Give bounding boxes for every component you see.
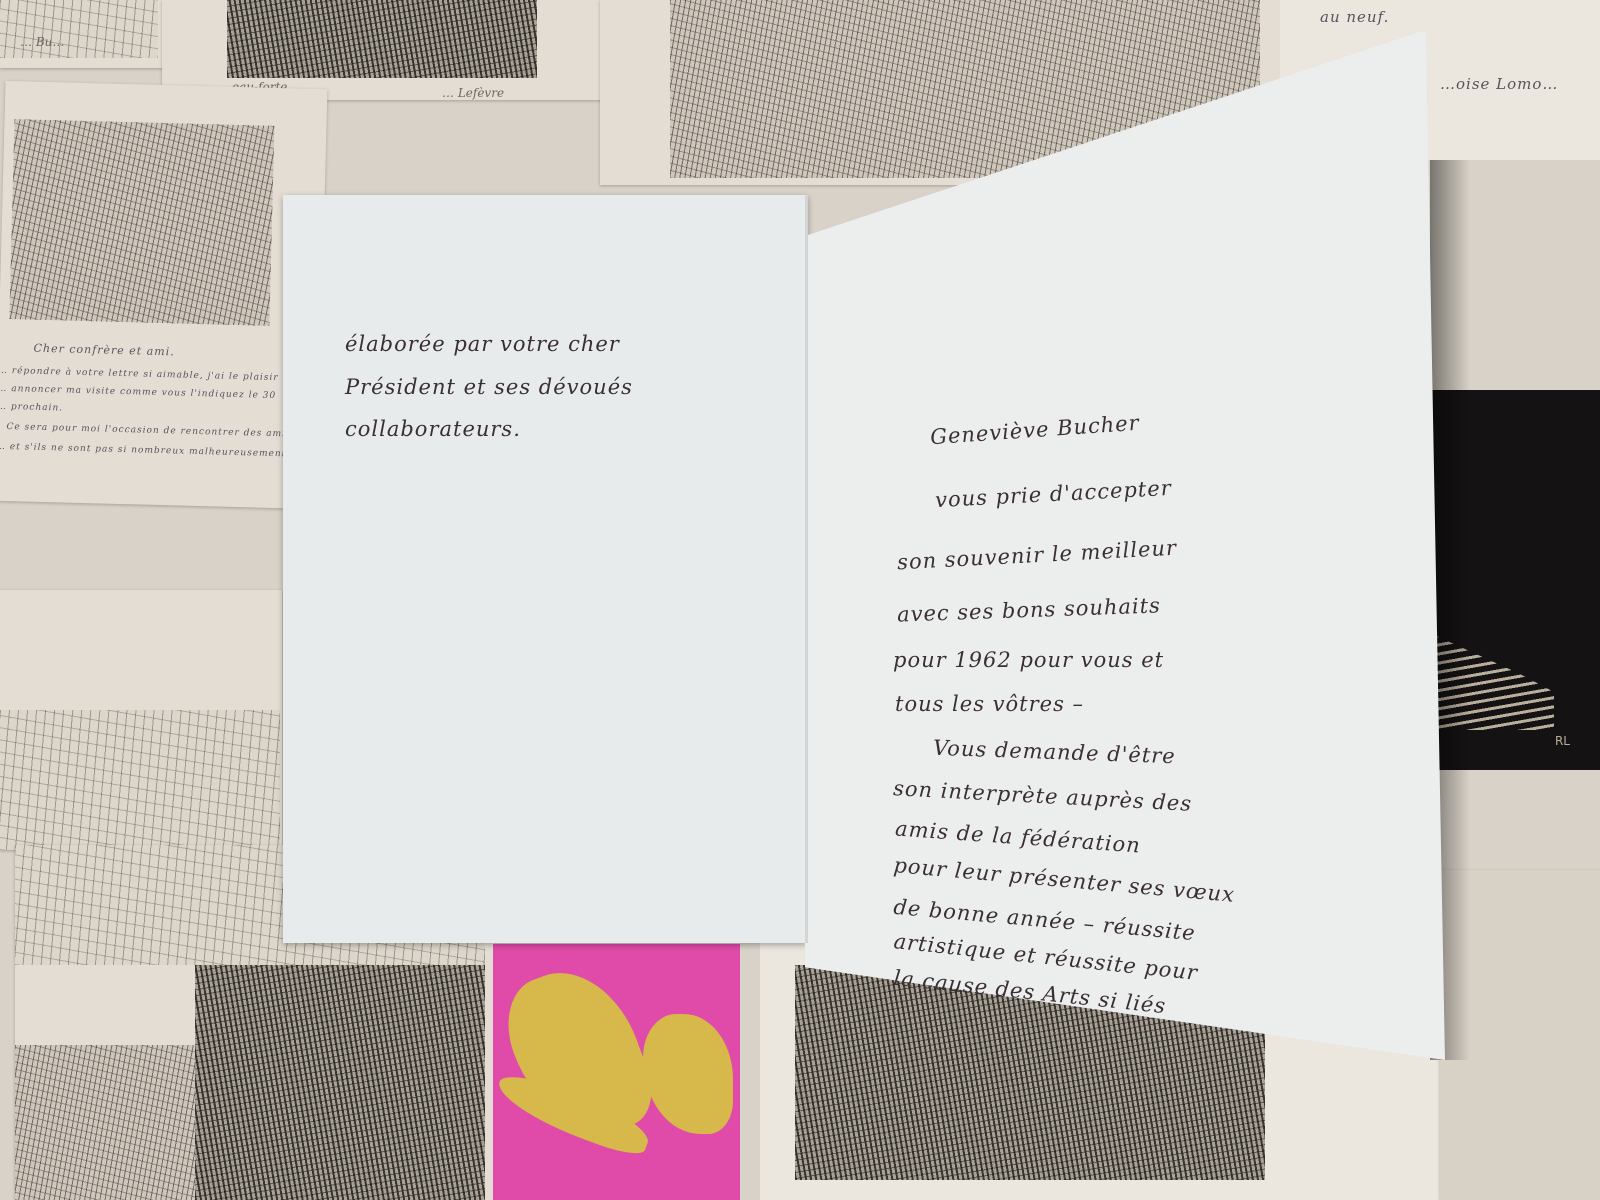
left-page-line-1: élaborée par votre cher bbox=[345, 332, 620, 356]
note-line-2: …oise Lomo… bbox=[1440, 75, 1558, 93]
letter-line-1: Cher confrère et ami. bbox=[33, 342, 174, 359]
drawing-stone-house bbox=[195, 965, 485, 1200]
signature-top-left: … Bu… bbox=[20, 35, 64, 49]
left-page-line-3: collaborateurs. bbox=[345, 417, 521, 441]
letter-left: Cher confrère et ami. … répondre à votre… bbox=[0, 81, 327, 509]
etching-top-left bbox=[0, 0, 158, 58]
print-left-village bbox=[0, 590, 282, 850]
etching-window-shutters bbox=[9, 119, 274, 326]
right-page-line-6: tous les vôtres – bbox=[895, 692, 1084, 716]
caption-artist: … Lefèvre bbox=[442, 86, 504, 100]
right-page-line-5: pour 1962 pour vous et bbox=[893, 648, 1164, 672]
drawing-hillside bbox=[15, 1045, 195, 1200]
letter-line-6: … et s'ils ne sont pas si nombreux malhe… bbox=[0, 442, 286, 460]
print-top-left: … Bu… bbox=[0, 0, 165, 68]
yellow-shape bbox=[643, 1014, 733, 1134]
woodcut-houses bbox=[227, 0, 537, 78]
print-top-center: eau-forte … Lefèvre bbox=[162, 0, 602, 100]
left-page-line-2: Président et ses dévoués bbox=[345, 375, 633, 399]
letter-line-3: … annoncer ma visite comme vous l'indiqu… bbox=[0, 384, 276, 401]
letter-line-4: … prochain. bbox=[0, 402, 63, 414]
card-left-page: élaborée par votre cher Président et ses… bbox=[283, 195, 808, 943]
pink-yellow-print bbox=[493, 944, 740, 1200]
letter-line-5: Ce sera pour moi l'occasion de rencontre… bbox=[6, 422, 291, 439]
letter-line-2: … répondre à votre lettre si aimable, j'… bbox=[0, 366, 279, 383]
card-fold bbox=[805, 195, 808, 943]
woodcut-monogram: RL bbox=[1555, 734, 1570, 748]
etching-church-roofs bbox=[0, 710, 280, 850]
note-line-1: au neuf. bbox=[1320, 8, 1389, 26]
